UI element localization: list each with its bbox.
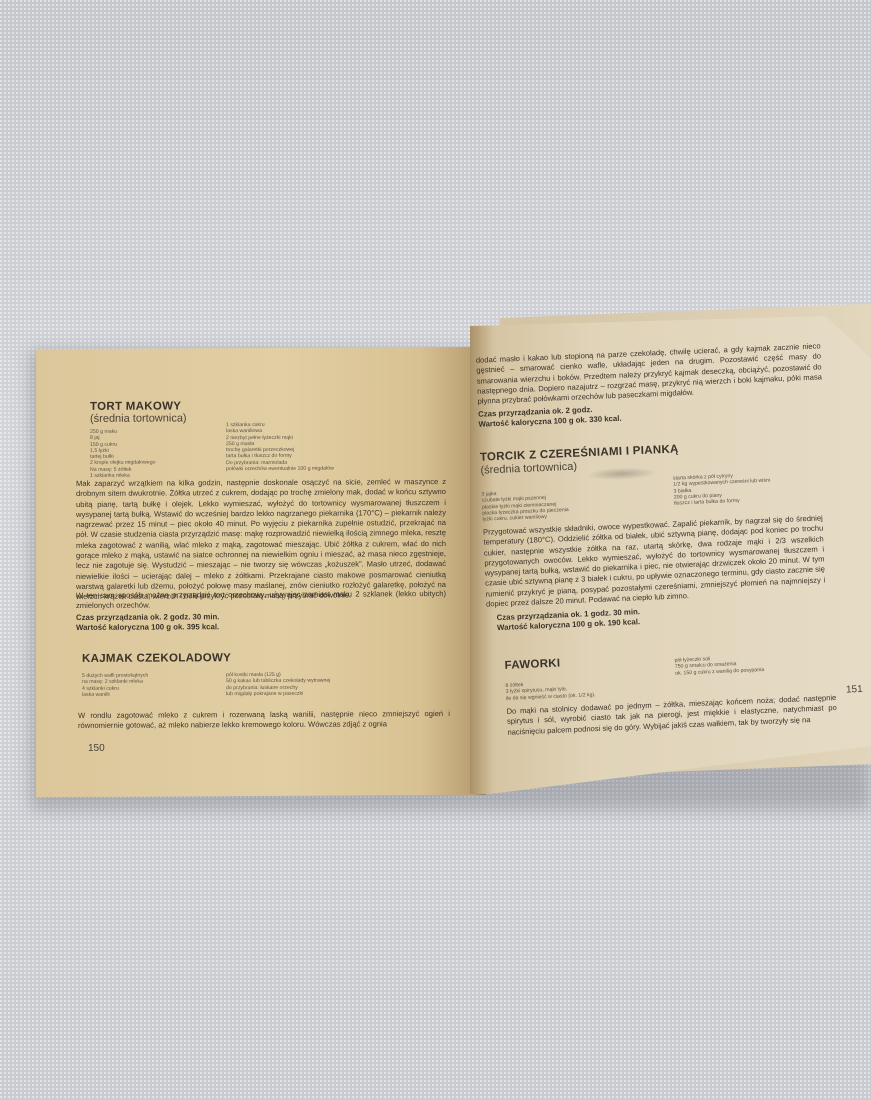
ingredient-item: laska wanilii <box>82 691 222 698</box>
ingredients-col-2: pół kostki masła (125 g)50 g kakao lub t… <box>226 671 446 697</box>
page-number: 150 <box>88 743 105 754</box>
recipe-title: FAWORKI <box>504 658 560 672</box>
ingredients-col-1: 250 g maku8 jaj150 g cukru1,5 łyżkitarte… <box>90 428 240 479</box>
recipe-title: TORT MAKOWY <box>90 400 181 412</box>
ingredients-col-1: 3 jajkaczubate łyżki mąki pszennejpłaski… <box>481 485 642 523</box>
recipe-variant: W ten sam sposób można przyrządzić tort … <box>76 589 446 612</box>
calorie-value: Wartość kaloryczna 100 g ok. 395 kcal. <box>76 622 219 633</box>
ingredient-item: połówki orzechów ewentualnie 100 g migda… <box>226 465 446 472</box>
recipe-subtitle: (średnia tortownica) <box>90 412 187 425</box>
ingredient-item: lub migdały pokrajane w paseczki <box>226 690 446 697</box>
page-number: 151 <box>846 684 863 696</box>
continued-instructions: dodać masło i kakao lub stopioną na parz… <box>476 341 823 407</box>
right-page: dodać masło i kakao lub stopioną na parz… <box>470 316 871 794</box>
recipe-instructions: Mak zaparzyć wrzątkiem na kilka godzin, … <box>76 477 446 602</box>
ingredients-col-2: 1 szklanka cukrulaska waniliowa2 niezbyt… <box>226 421 446 473</box>
recipe-instructions: Do mąki na stolnicy dodawać po jednym – … <box>506 693 837 738</box>
ink-smudge <box>587 466 657 481</box>
ingredients-col-1: 5 dużych wafli prostokątnychna masę: 2 s… <box>82 672 222 698</box>
recipe-instructions: W rondlu zagotować mleko z cukrem i roze… <box>78 709 450 732</box>
recipe-title: KAJMAK CZEKOLADOWY <box>82 652 231 665</box>
ingredients-col-1: 8 żółtek3 łyżki spirytusu, mąki tyle,ile… <box>505 676 666 702</box>
recipe-title: TORCIK Z CZEREŚNIAMI I PIANKĄ <box>480 443 679 463</box>
ingredients-col-2: starta skórka z pół cytryny1/2 kg wypest… <box>673 469 844 508</box>
recipe-instructions: Przygotować wszystkie składniki, owoce w… <box>483 513 826 610</box>
ingredients-col-2: pół łyżeczki soli750 g smalcu do smażeni… <box>674 651 835 677</box>
left-page: TORT MAKOWY (średnia tortownica) 250 g m… <box>36 347 486 797</box>
